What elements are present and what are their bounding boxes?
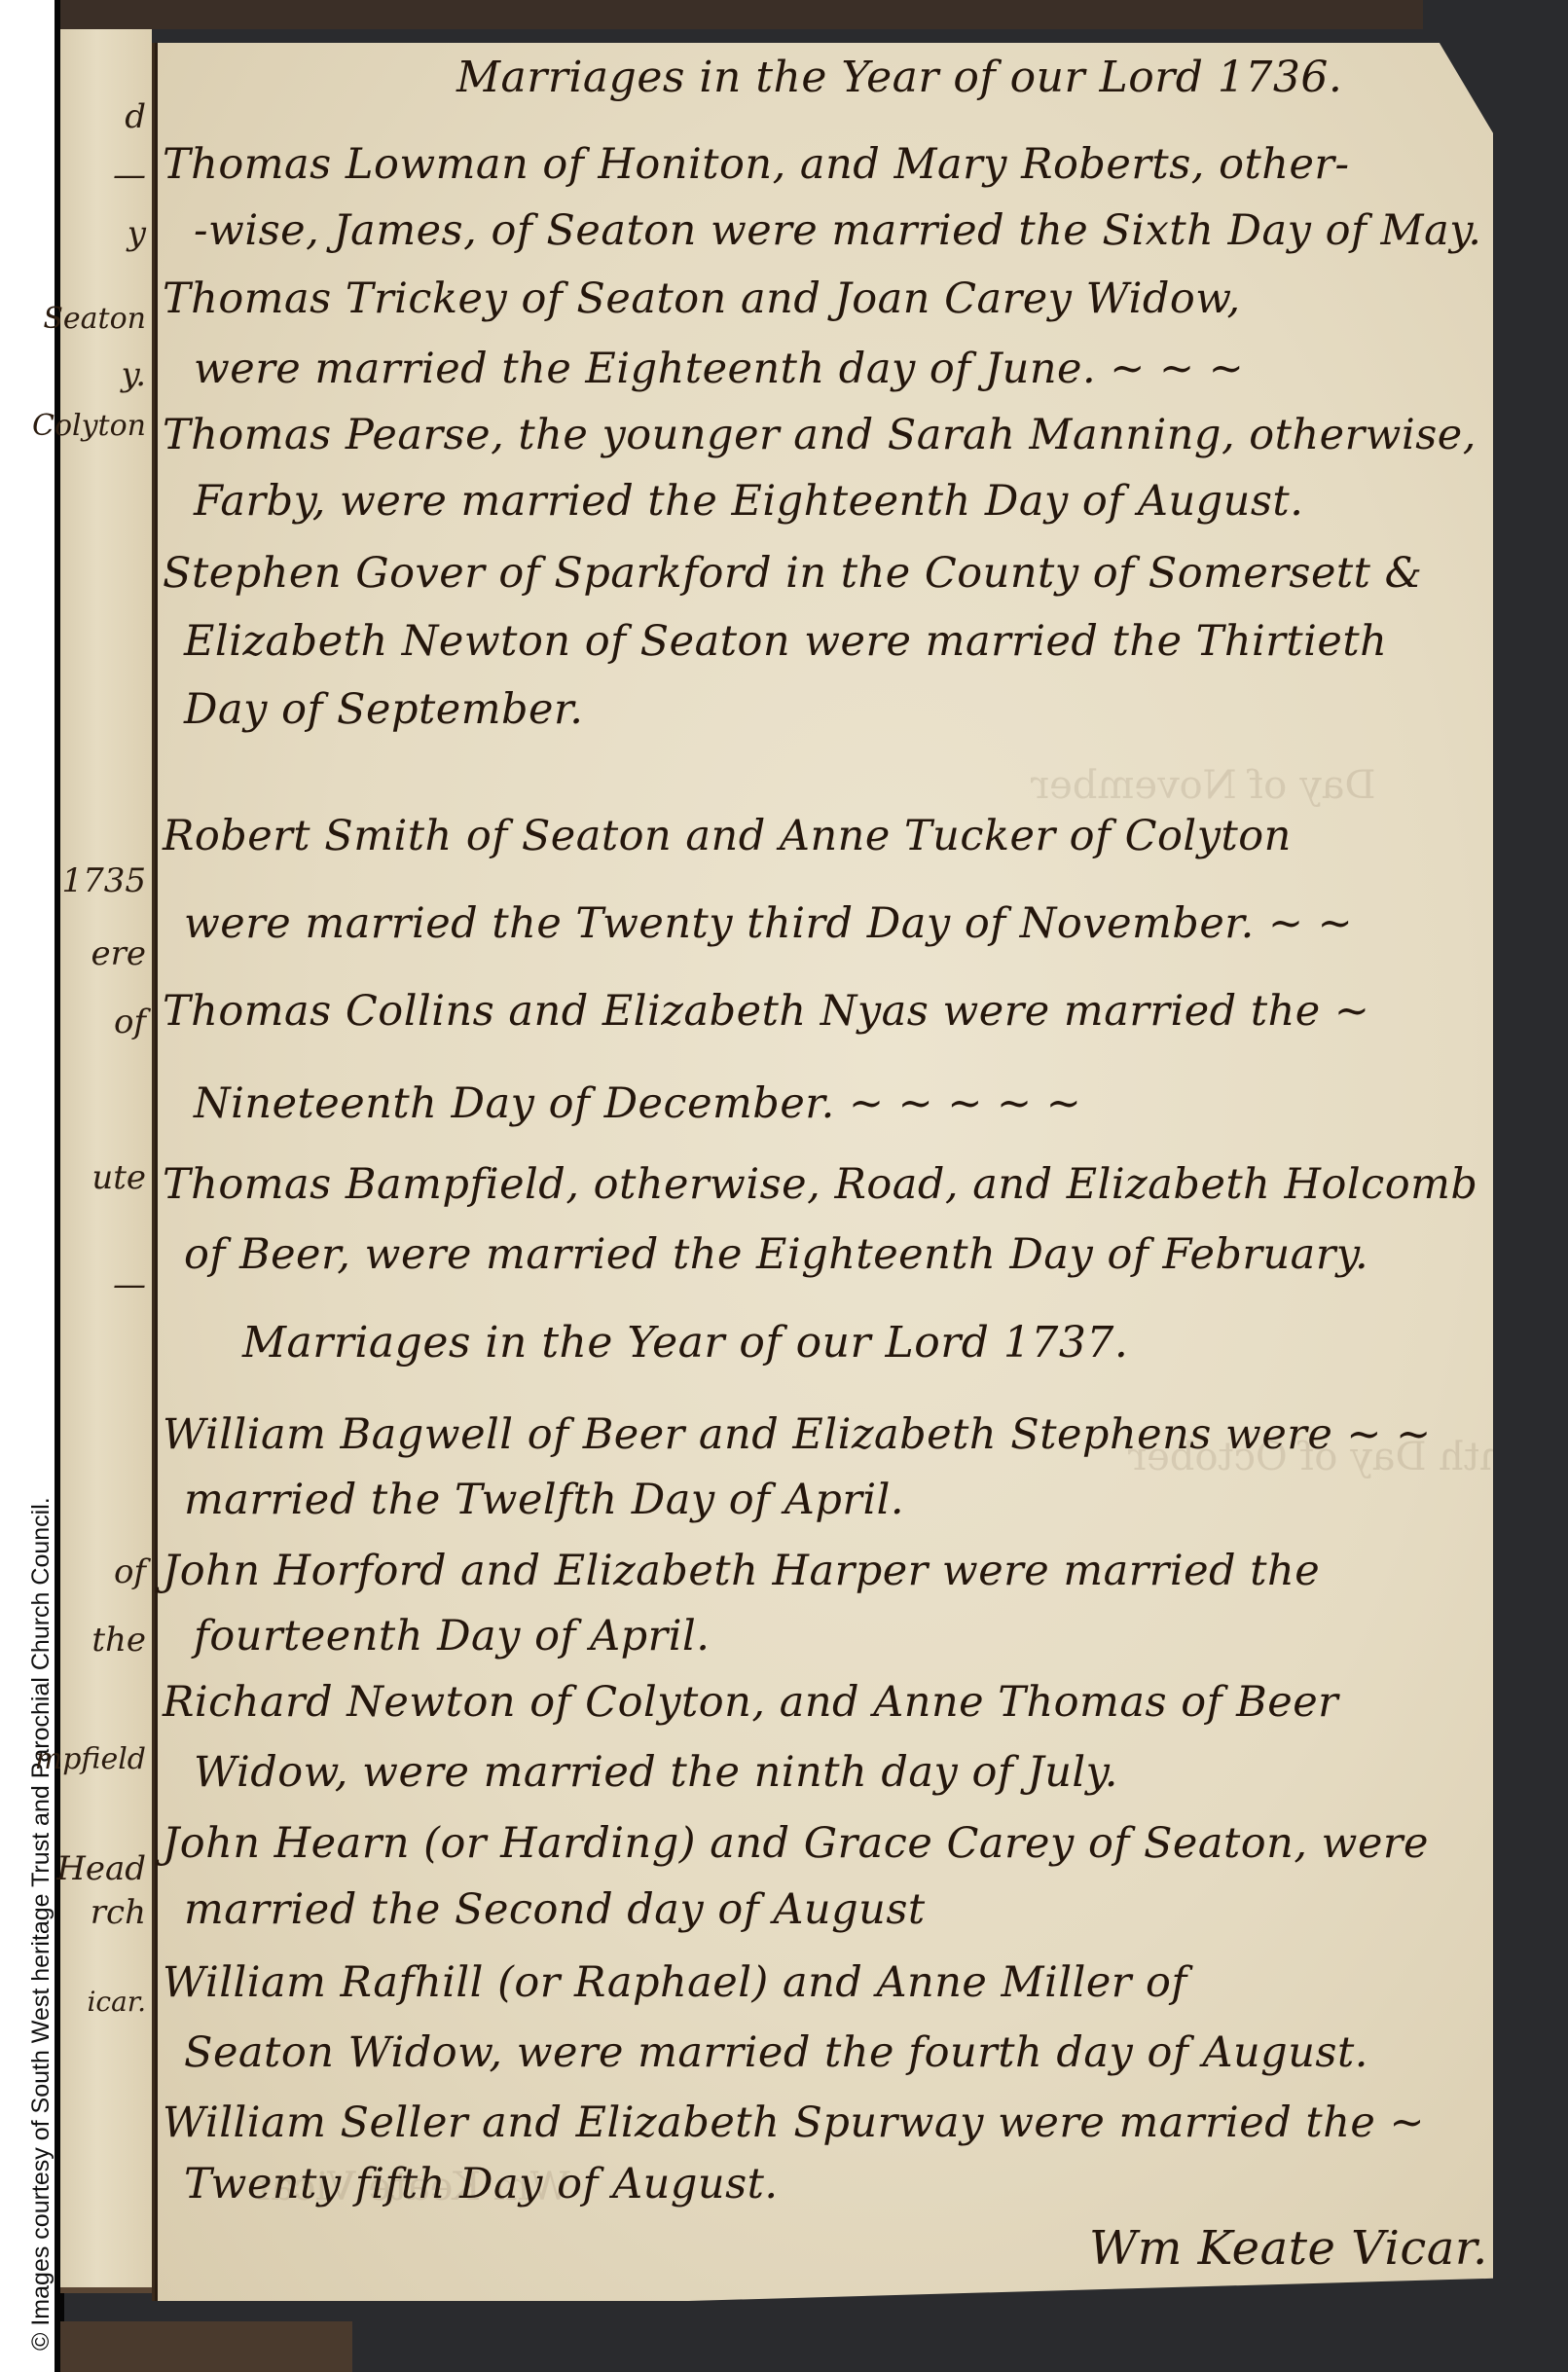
entry-line: Seaton Widow, were married the fourth da… xyxy=(184,2028,1368,2077)
facing-fragment: ere xyxy=(91,934,147,973)
facing-fragment: of xyxy=(114,1003,146,1041)
entry-line: Thomas Lowman of Honiton, and Mary Rober… xyxy=(163,140,1350,189)
vicar-signature: Wm Keate Vicar. xyxy=(1089,2221,1488,2276)
facing-page-fragment: d — y Seaton y. Colyton 1735 ere of ute … xyxy=(60,29,152,2293)
bleed-through: Day of November xyxy=(1031,763,1376,808)
entry-line: Thomas Pearse, the younger and Sarah Man… xyxy=(163,411,1477,459)
year-heading-1736: Marriages in the Year of our Lord 1736. xyxy=(456,53,1342,102)
entry-line: were married the Eighteenth day of June.… xyxy=(194,345,1244,393)
entry-line: John Horford and Elizabeth Harper were m… xyxy=(163,1547,1320,1595)
entry-line: Richard Newton of Colyton, and Anne Thom… xyxy=(163,1678,1338,1727)
entry-line: Robert Smith of Seaton and Anne Tucker o… xyxy=(163,812,1292,860)
entry-line: Thomas Collins and Elizabeth Nyas were m… xyxy=(163,987,1369,1036)
entry-line: Twenty fifth Day of August. xyxy=(184,2160,779,2208)
gutter-line xyxy=(155,43,158,2301)
entry-line: William Bagwell of Beer and Elizabeth St… xyxy=(163,1410,1432,1459)
facing-fragment: Colyton xyxy=(32,409,146,443)
facing-fragment: y xyxy=(128,214,146,253)
facing-fragment: — xyxy=(113,156,146,195)
entry-line: William Rafhill (or Raphael) and Anne Mi… xyxy=(163,1958,1187,2007)
register-page: Day of November Tenth Day of October Wm … xyxy=(152,43,1493,2301)
entry-line: Nineteenth Day of December. ~ ~ ~ ~ ~ xyxy=(194,1079,1081,1128)
page-bottom-edge xyxy=(60,2321,352,2372)
entry-line: married the Second day of August xyxy=(184,1885,926,1934)
facing-fragment: the xyxy=(91,1621,146,1660)
entry-line: of Beer, were married the Eighteenth Day… xyxy=(184,1230,1368,1279)
entry-line: Widow, were married the ninth day of Jul… xyxy=(194,1748,1118,1797)
facing-fragment: 1735 xyxy=(61,861,146,900)
entry-line: Thomas Bampfield, otherwise, Road, and E… xyxy=(163,1160,1477,1209)
entry-line: Thomas Trickey of Seaton and Joan Carey … xyxy=(163,274,1241,323)
entry-line: fourteenth Day of April. xyxy=(194,1612,710,1660)
entry-line: were married the Twenty third Day of Nov… xyxy=(184,899,1353,948)
facing-fragment: icar. xyxy=(87,1986,146,2018)
entry-line: married the Twelfth Day of April. xyxy=(184,1476,904,1524)
facing-fragment: — xyxy=(113,1265,146,1304)
facing-fragment: Seaton xyxy=(43,302,146,336)
copyright-notice: © Images courtesy of South West heritage… xyxy=(27,0,55,2358)
entry-line: Elizabeth Newton of Seaton were married … xyxy=(184,617,1387,666)
credit-strip: © Images courtesy of South West heritage… xyxy=(0,0,55,2372)
entry-line: Farby, were married the Eighteenth Day o… xyxy=(194,477,1303,526)
year-heading-1737: Marriages in the Year of our Lord 1737. xyxy=(242,1318,1128,1368)
facing-fragment: d xyxy=(125,97,146,136)
entry-line: Stephen Gover of Sparkford in the County… xyxy=(163,549,1422,598)
entry-line: -wise, James, of Seaton were married the… xyxy=(194,206,1481,255)
facing-fragment: of xyxy=(114,1552,146,1591)
facing-fragment: ute xyxy=(91,1158,146,1197)
facing-fragment: mpfield xyxy=(35,1742,146,1776)
facing-fragment: Head xyxy=(56,1849,146,1888)
entry-line: Day of September. xyxy=(184,685,583,734)
entry-line: John Hearn (or Harding) and Grace Carey … xyxy=(163,1819,1429,1868)
entry-line: William Seller and Elizabeth Spurway wer… xyxy=(163,2098,1425,2147)
facing-fragment: rch xyxy=(91,1893,146,1932)
facing-fragment: y. xyxy=(122,355,147,394)
page-top-edge xyxy=(60,0,1423,29)
